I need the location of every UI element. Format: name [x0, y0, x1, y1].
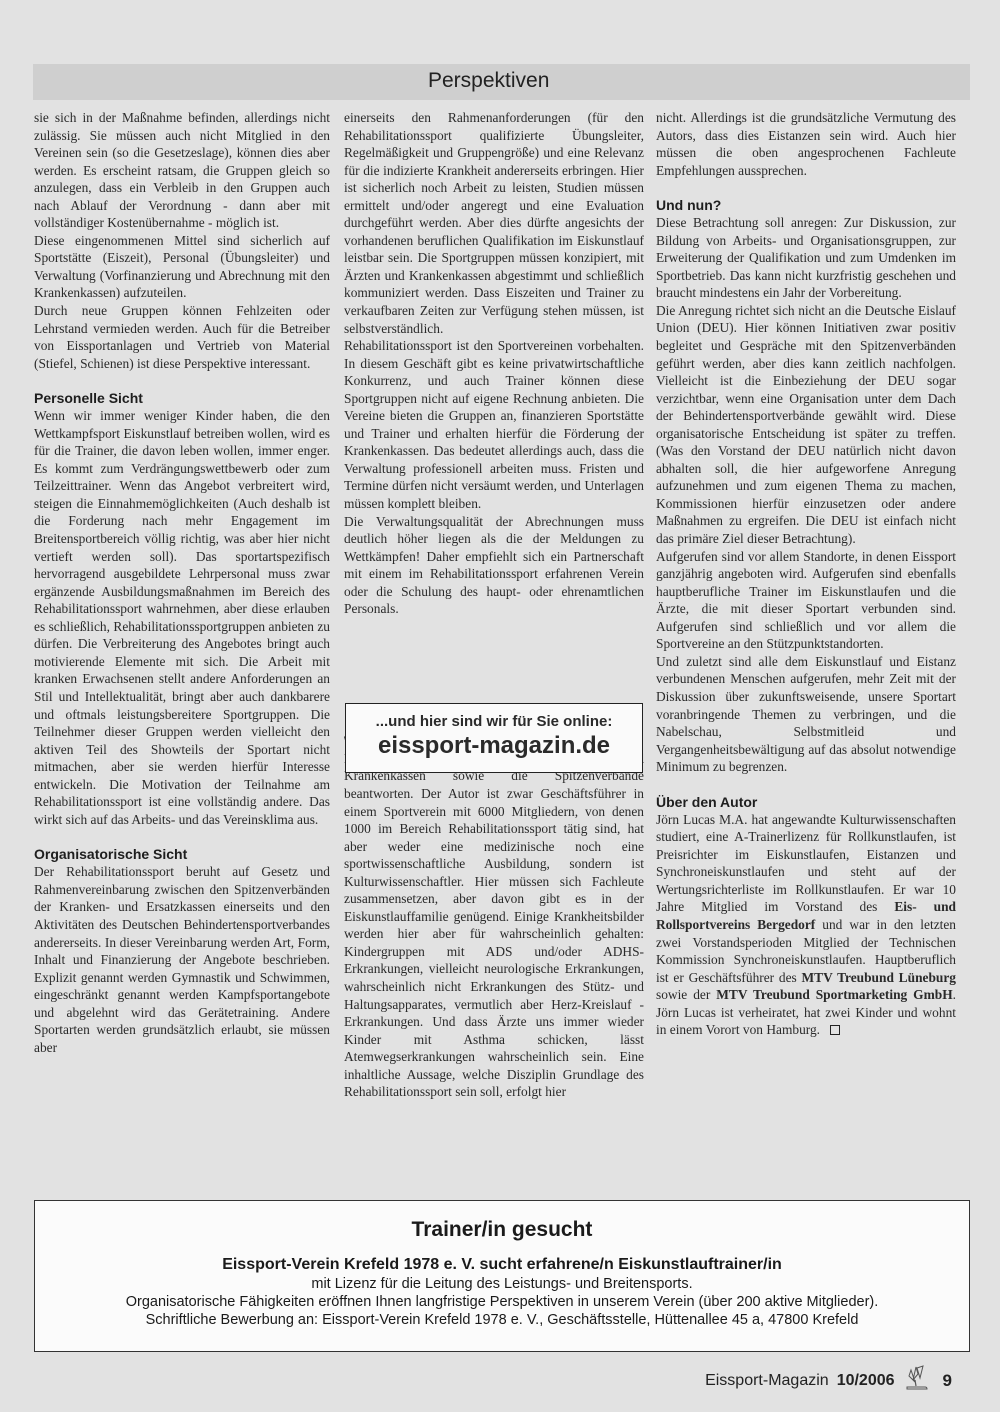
section-heading-organisatorische-sicht: Organisatorische Sicht: [34, 845, 330, 863]
section-header-bar: Perspektiven: [33, 64, 970, 100]
article-column-2: einerseits den Rahmenanforderungen (für …: [344, 109, 644, 1101]
ad-line: mit Lizenz für die Leitung des Leistungs…: [35, 1276, 969, 1292]
article-column-1: sie sich in der Maßnahme befinden, aller…: [34, 109, 330, 1056]
article-column-3: nicht. Allerdings ist die grundsätzliche…: [656, 109, 956, 1039]
paragraph: Aufgerufen sind vor allem Standorte, in …: [656, 548, 956, 653]
paragraph: Der Rehabilitationssport beruht auf Gese…: [34, 863, 330, 1056]
job-ad-box: Trainer/in gesucht Eissport-Verein Krefe…: [34, 1200, 970, 1352]
ad-line: Schriftliche Bewerbung an: Eissport-Vere…: [35, 1312, 969, 1328]
paragraph: Wenn wir immer weniger Kinder haben, die…: [34, 407, 330, 828]
ad-subtitle: Eissport-Verein Krefeld 1978 e. V. sucht…: [35, 1256, 969, 1274]
paragraph: Die Anregung richtet sich nicht an die D…: [656, 302, 956, 548]
website-link[interactable]: eissport-magazin.de: [346, 732, 642, 760]
section-title: Perspektiven: [428, 69, 549, 93]
issue-number: 10/2006: [837, 1372, 895, 1390]
page-footer: Eissport-Magazin 10/2006 9: [705, 1364, 952, 1397]
paragraph: einerseits den Rahmenanforderungen (für …: [344, 109, 644, 337]
paragraph: nicht. Allerdings ist die grundsätzliche…: [656, 109, 956, 179]
promo-tagline: ...und hier sind wir für Sie online:: [346, 713, 642, 730]
paragraph: sie sich in der Maßnahme befinden, aller…: [34, 109, 330, 232]
end-of-article-icon: [830, 1025, 840, 1035]
paragraph: Rehabilitationssport ist den Sportverein…: [344, 337, 644, 512]
skater-logo-icon: [903, 1364, 929, 1397]
paragraph: Und zuletzt sind alle dem Eiskunstlauf u…: [656, 653, 956, 776]
paragraph: Durch neue Gruppen können Fehlzeiten ode…: [34, 302, 330, 372]
website-promo-box: ...und hier sind wir für Sie online: eis…: [345, 703, 643, 773]
ad-line: Organisatorische Fähigkeiten eröffnen Ih…: [35, 1294, 969, 1310]
paragraph: Diese eingenommenen Mittel sind sicherli…: [34, 232, 330, 302]
paragraph: Diese Frage müssen Ärzte, Sportwissensch…: [344, 750, 644, 1101]
paragraph: Die Verwaltungsqualität der Abrechnungen…: [344, 513, 644, 618]
section-heading-und-nun: Und nun?: [656, 196, 956, 214]
paragraph: Diese Betrachtung soll anregen: Zur Disk…: [656, 214, 956, 302]
ad-title: Trainer/in gesucht: [35, 1218, 969, 1242]
section-heading-ueber-den-autor: Über den Autor: [656, 793, 956, 811]
magazine-name: Eissport-Magazin: [705, 1372, 829, 1390]
section-heading-personelle-sicht: Personelle Sicht: [34, 389, 330, 407]
author-bio: Jörn Lucas M.A. hat angewandte Kulturwis…: [656, 811, 956, 1039]
page-number: 9: [943, 1371, 952, 1391]
